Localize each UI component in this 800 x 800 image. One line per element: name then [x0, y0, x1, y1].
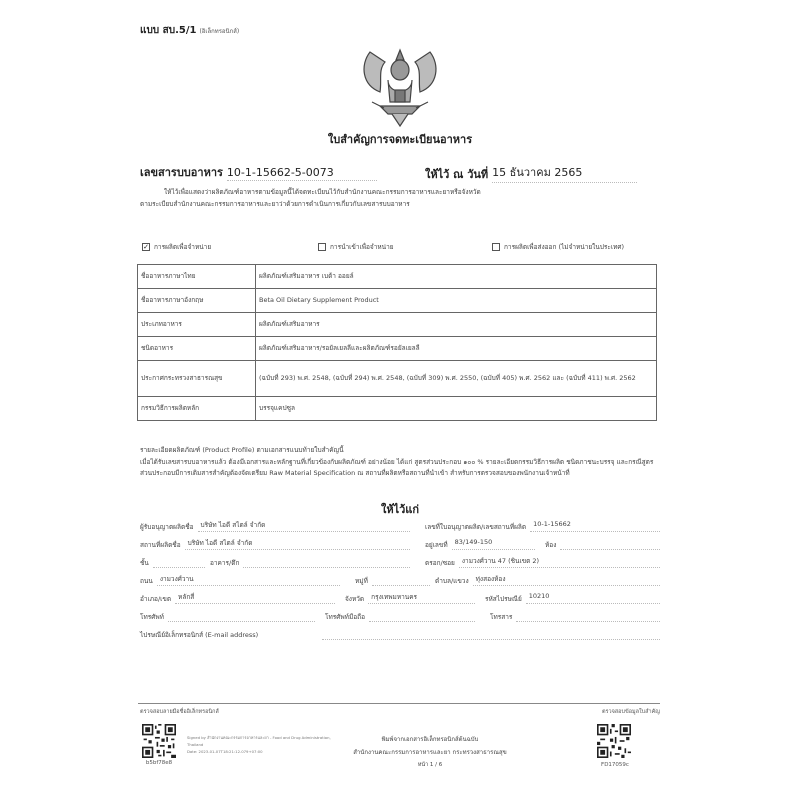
table-row: ชนิดอาหาร ผลิตภัณฑ์เสริมอาหาร/รอยัลเยลลี… — [138, 337, 657, 361]
licensee-field: ผู้รับอนุญาตผลิตชื่อ บริษัท ไอดี สไตล์ จ… — [140, 518, 410, 532]
document-qr-code-icon[interactable] — [597, 724, 631, 758]
province-field: จังหวัด กรุงเทพมหานคร — [345, 590, 475, 604]
registration-number-value: 10-1-15662-5-0073 — [227, 166, 377, 181]
table-row: ประเภทอาหาร ผลิตภัณฑ์เสริมอาหาร — [138, 313, 657, 337]
subdistrict-field: ตำบล/แขวง ทุ่งสองห้อง — [435, 572, 660, 586]
purpose-option-import[interactable]: การนำเข้าเพื่อจำหน่าย — [318, 242, 394, 252]
footer-office-info: พิมพ์จากเอกสารอิเล็กทรอนิกส์ต้นฉบับ สำนั… — [330, 733, 530, 772]
product-info-table: ชื่ออาหารภาษาไทย ผลิตภัณฑ์เสริมอาหาร เบต… — [137, 264, 657, 421]
site-name-field: สถานที่ผลิตชื่อ บริษัท ไอดี สไตล์ จำกัด — [140, 536, 410, 550]
soi-field: ตรอก/ซอย งามวงศ์วาน 47 (ชินเขต 2) — [425, 554, 660, 568]
purpose-option-export[interactable]: การผลิตเพื่อส่งออก (ไม่จำหน่ายในประเทศ) — [492, 242, 624, 252]
intro-text: ให้ไว้เพื่อแสดงว่าผลิตภัณฑ์อาหารตามข้อมู… — [140, 186, 660, 210]
fax-field: โทรสาร — [490, 608, 660, 622]
address-number-field: อยู่เลขที่ 83/149-150 — [425, 536, 535, 550]
checkbox-checked-icon[interactable]: ✓ — [142, 243, 150, 251]
garuda-emblem-icon — [350, 40, 450, 130]
road-field: ถนน งามวงศ์วาน — [140, 572, 340, 586]
form-code: แบบ สบ.5/1(อิเล็กทรอนิกส์) — [140, 23, 239, 38]
table-row: กรรมวิธีการผลิตหลัก บรรจุแคปซูล — [138, 397, 657, 421]
purpose-option-production[interactable]: ✓ การผลิตเพื่อจำหน่าย — [142, 242, 211, 252]
signature-qr-code-icon[interactable] — [142, 724, 176, 758]
floor-field: ชั้น — [140, 554, 205, 568]
mobile-field: โทรศัพท์มือถือ — [325, 608, 475, 622]
product-profile-note: รายละเอียดผลิตภัณฑ์ (Product Profile) ตา… — [140, 445, 660, 480]
verify-data-label: ตรวจสอบข้อมูลใบสำคัญ — [602, 708, 660, 716]
table-row: ชื่ออาหารภาษาอังกฤษ Beta Oil Dietary Sup… — [138, 289, 657, 313]
form-note: (อิเล็กทรอนิกส์) — [199, 28, 239, 35]
footer-divider — [138, 703, 660, 704]
building-field: อาคาร/ตึก — [210, 554, 410, 568]
issue-date-value: 15 ธันวาคม 2565 — [492, 163, 637, 183]
email-field: ไปรษณีย์อิเล็กทรอนิกส์ (E-mail address) — [140, 626, 660, 640]
document-title: ใบสำคัญการจดทะเบียนอาหาร — [0, 130, 800, 148]
page-number: หน้า 1 / 6 — [330, 759, 530, 772]
room-field: ห้อง — [545, 536, 660, 550]
moo-field: หมู่ที่ — [355, 572, 430, 586]
licensee-details: ผู้รับอนุญาตผลิตชื่อ บริษัท ไอดี สไตล์ จ… — [140, 518, 660, 644]
checkbox-icon[interactable] — [318, 243, 326, 251]
phone-field: โทรศัพท์ — [140, 608, 315, 622]
issue-date: ให้ไว้ ณ วันที่ 15 ธันวาคม 2565 — [425, 163, 637, 183]
postcode-field: รหัสไปรษณีย์ 10210 — [485, 590, 660, 604]
signature-qr-code-text: b5bf78e8 — [134, 760, 184, 766]
registration-number: เลขสารบบอาหาร 10-1-15662-5-0073 — [140, 163, 377, 181]
checkbox-icon[interactable] — [492, 243, 500, 251]
license-number-field: เลขที่ใบอนุญาตผลิต/เลขสถานที่ผลิต 10-1-1… — [425, 518, 660, 532]
district-field: อำเภอ/เขต หลักสี่ — [140, 590, 335, 604]
digital-signature-info: Signed by สำนักงานคณะกรรมการอาหารและยา -… — [187, 734, 347, 755]
document-qr-code-text: FD17059c — [590, 762, 640, 768]
given-to-heading: ให้ไว้แก่ — [0, 500, 800, 518]
verify-signature-label: ตรวจสอบลายมือชื่ออิเล็กทรอนิกส์ — [140, 708, 219, 716]
table-row: ประกาศกระทรวงสาธารณสุข (ฉบับที่ 293) พ.ศ… — [138, 361, 657, 397]
table-row: ชื่ออาหารภาษาไทย ผลิตภัณฑ์เสริมอาหาร เบต… — [138, 265, 657, 289]
